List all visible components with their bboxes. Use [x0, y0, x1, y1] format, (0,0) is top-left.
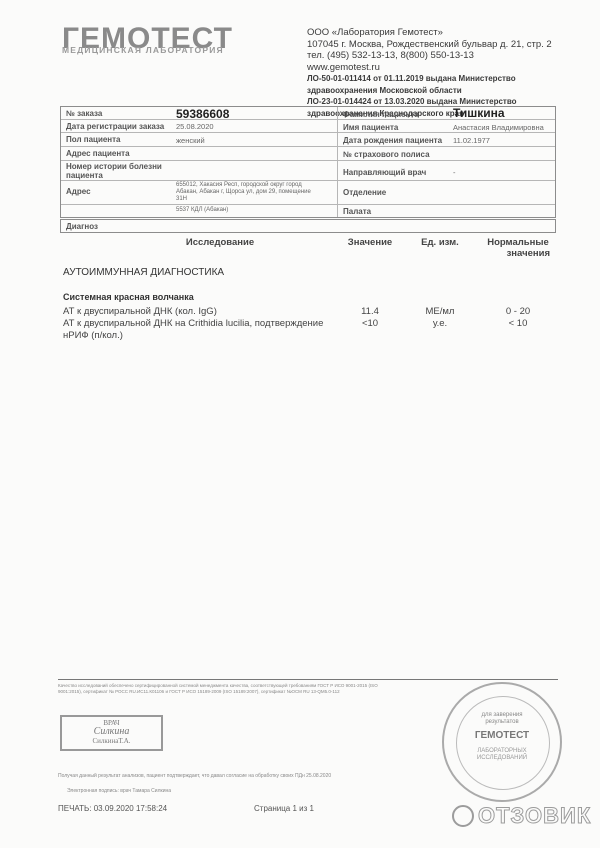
reg-date-label: Дата регистрации заказа — [66, 122, 164, 131]
result-row-2-test-cont: нРИФ (п/кол.) — [63, 330, 123, 341]
department-label: Отделение — [343, 188, 386, 197]
order-no: 59386608 — [176, 107, 229, 121]
sex-value: женский — [176, 136, 205, 145]
result-row-2-unit: у.е. — [410, 318, 470, 329]
col-unit: Ед. изм. — [410, 237, 470, 248]
org-phone: тел. (495) 532-13-13, 8(800) 550-13-13 — [307, 50, 552, 62]
diagnosis-label: Диагноз — [66, 222, 98, 231]
doctor-value: - — [453, 168, 456, 177]
surname: Тишкина — [453, 106, 505, 120]
doctor-label: Направляющий врач — [343, 168, 426, 177]
ward-label: Палата — [343, 207, 371, 216]
consent-text: Получая данный результат анализов, пацие… — [58, 773, 331, 779]
seal-brand: ГЕМОТЕСТ — [444, 730, 560, 741]
order-no-label: № заказа — [66, 109, 102, 118]
watermark: ОТЗОВИК — [478, 803, 591, 829]
result-row-2-value: <10 — [340, 318, 400, 329]
name-value: Анастасия Владимировна — [453, 123, 544, 132]
result-row-1-unit: МЕ/мл — [410, 306, 470, 317]
otzovik-logo-icon — [452, 805, 474, 827]
org-name: ООО «Лаборатория Гемотест» — [307, 27, 552, 39]
license-1: ЛО-50-01-011414 от 01.11.2019 выдана Мин… — [307, 73, 552, 85]
col-norm: Нормальные значения — [478, 237, 558, 259]
surname-label: Фамилия пациента — [343, 110, 419, 119]
section-title: АУТОИММУННАЯ ДИАГНОСТИКА — [63, 267, 224, 278]
print-timestamp: ПЕЧАТЬ: 03.09.2020 17:58:24 — [58, 804, 167, 813]
address-label: Адрес — [66, 187, 91, 196]
result-row-1-norm: 0 - 20 — [478, 306, 558, 317]
name-label: Имя пациента — [343, 123, 398, 132]
col-value: Значение — [340, 237, 400, 248]
org-address: 107045 г. Москва, Рождественский бульвар… — [307, 39, 552, 51]
patient-info-table: № заказа 59386608 Дата регистрации заказ… — [60, 106, 556, 218]
address-value: 655012, Хакасия Респ, городской округ го… — [176, 182, 311, 203]
lab-code: 5537 КДЛ (Абакан) — [176, 207, 228, 213]
col-test: Исследование — [150, 237, 290, 248]
birth-date: 11.02.1977 — [453, 136, 490, 145]
org-site: www.gemotest.ru — [307, 62, 552, 74]
patient-address-label: Адрес пациента — [66, 149, 130, 158]
reg-date: 25.08.2020 — [176, 122, 214, 131]
result-row-1-value: 11.4 — [340, 306, 400, 317]
birth-date-label: Дата рождения пациента — [343, 136, 442, 145]
result-row-2-test: АТ к двуспиральной ДНК на Crithidia luci… — [63, 318, 323, 329]
result-row-2-norm: < 10 — [478, 318, 558, 329]
sex-label: Пол пациента — [66, 135, 121, 144]
insurance-label: № страхового полиса — [343, 150, 430, 159]
subsection-title: Системная красная волчанка — [63, 292, 194, 302]
history-no-label: Номер истории болезни пациента — [66, 162, 162, 180]
lab-logo-subtitle: МЕДИЦИНСКАЯ ЛАБОРАТОРИЯ — [62, 45, 224, 55]
footer-divider — [58, 679, 558, 680]
doctor-stamp: ВРАЧ Силкина СилкинаТ.А. — [60, 715, 163, 751]
result-row-1-test: АТ к двуспиральной ДНК (кол. IgG) — [63, 306, 217, 317]
page-number: Страница 1 из 1 — [254, 804, 314, 813]
license-1-cont: здравоохранения Московской области — [307, 85, 552, 97]
e-signature: Электронная подпись: врач Тамара Силкина — [67, 788, 171, 794]
quality-statement: Качество исследований обеспечено сертифи… — [58, 683, 378, 695]
diagnosis-box: Диагноз — [60, 219, 556, 233]
signature: Силкина — [62, 727, 161, 737]
lab-seal: для заверения результатов ГЕМОТЕСТ ЛАБОР… — [442, 682, 562, 802]
